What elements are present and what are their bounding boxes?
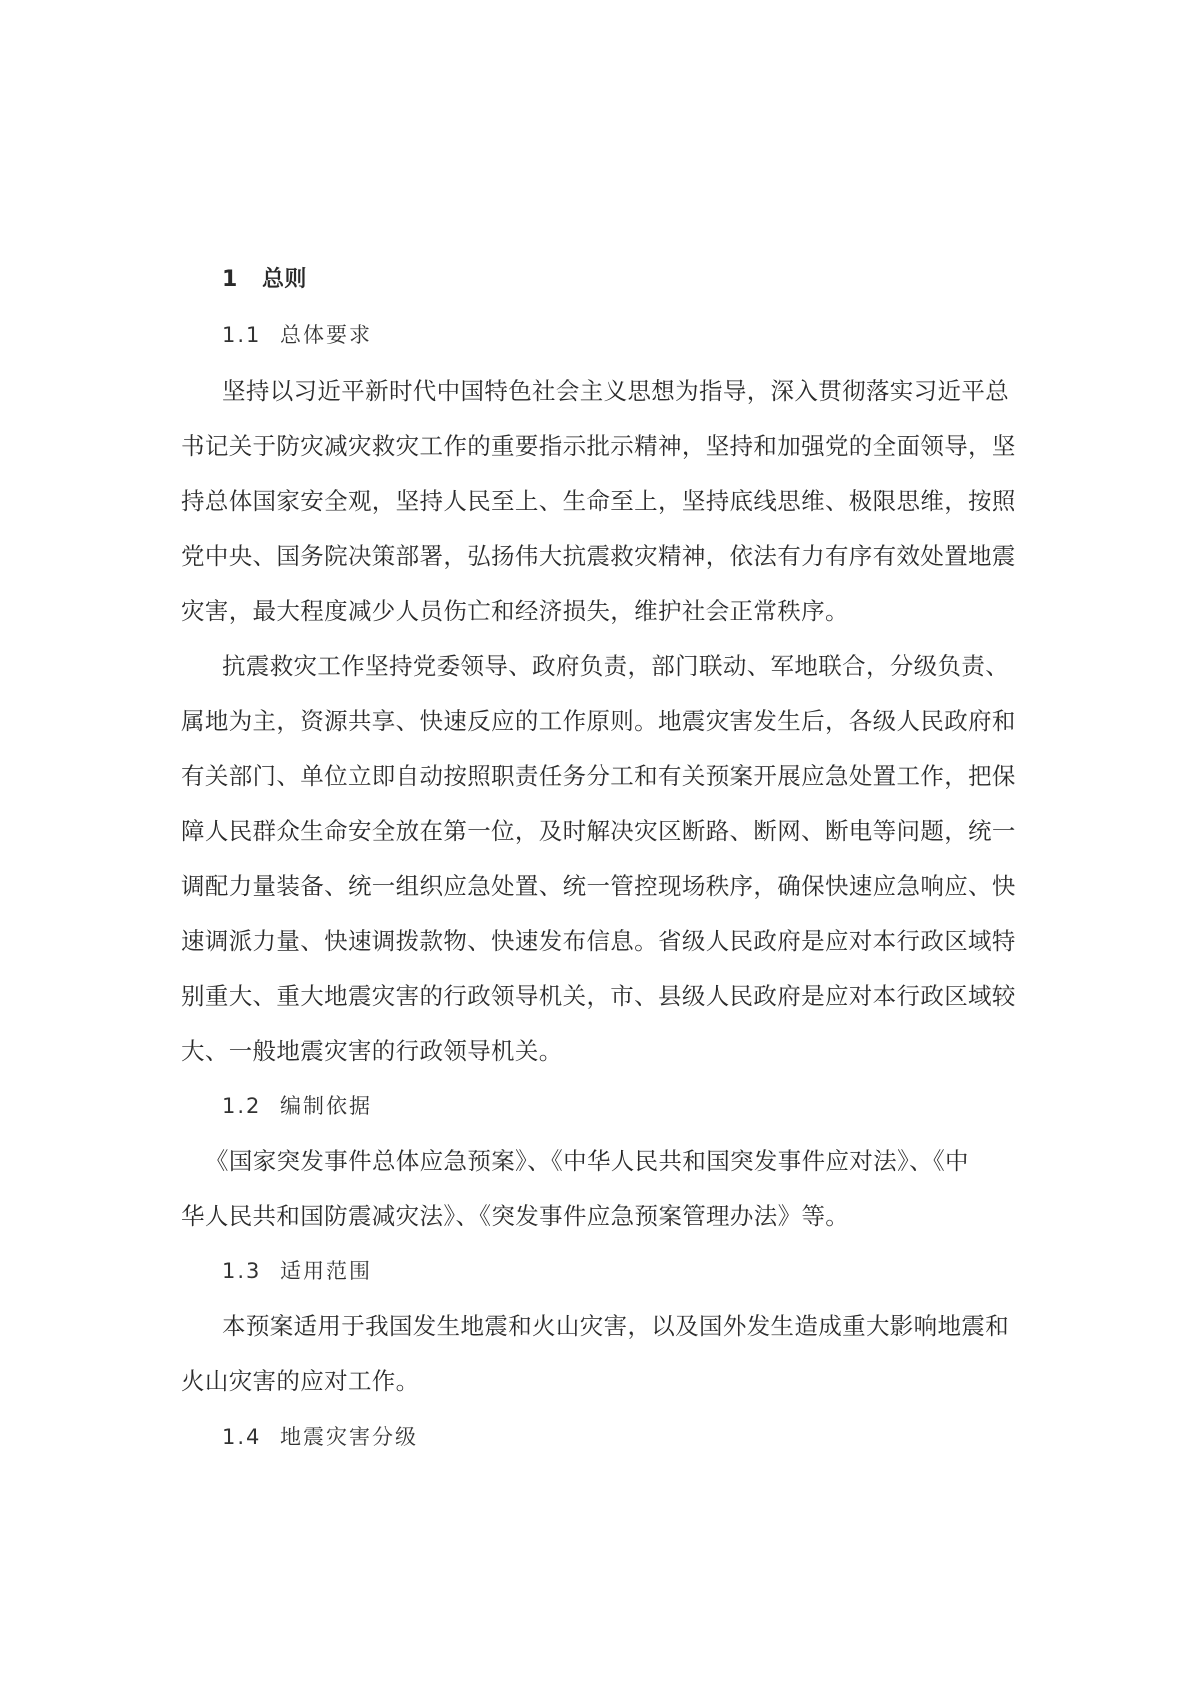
paragraph-line: 《国家突发事件总体应急预案》、《中华人民共和国突发事件应对法》、《中 <box>205 1146 969 1176</box>
heading-number: 1.4 <box>222 1422 280 1452</box>
heading-title: 适用范围 <box>280 1259 372 1283</box>
paragraph-line: 大、一般地震灾害的行政领导机关。 <box>181 1036 563 1066</box>
paragraph-line: 属地为主，资源共享、快速反应的工作原则。地震灾害发生后，各级人民政府和 <box>181 706 1016 736</box>
heading-1-4: 1.4地震灾害分级 <box>222 1422 418 1452</box>
paragraph-line: 别重大、重大地震灾害的行政领导机关，市、县级人民政府是应对本行政区域较 <box>181 981 1016 1011</box>
paragraph-line: 火山灾害的应对工作。 <box>181 1366 420 1396</box>
paragraph-line: 速调派力量、快速调拨款物、快速发布信息。省级人民政府是应对本行政区域特 <box>181 926 1016 956</box>
paragraph-line: 抗震救灾工作坚持党委领导、政府负责，部门联动、军地联合，分级负责、 <box>222 651 1009 681</box>
paragraph-line: 障人民群众生命安全放在第一位，及时解决灾区断路、断网、断电等问题，统一 <box>181 816 1016 846</box>
paragraph-line: 本预案适用于我国发生地震和火山灾害，以及国外发生造成重大影响地震和 <box>222 1311 1009 1341</box>
paragraph-line: 有关部门、单位立即自动按照职责任务分工和有关预案开展应急处置工作，把保 <box>181 761 1016 791</box>
paragraph-line: 持总体国家安全观，坚持人民至上、生命至上，坚持底线思维、极限思维，按照 <box>181 486 1016 516</box>
heading-1-3: 1.3适用范围 <box>222 1256 372 1286</box>
heading-1-2: 1.2编制依据 <box>222 1091 372 1121</box>
heading-1-1: 1.1总体要求 <box>222 320 372 350</box>
paragraph-line: 调配力量装备、统一组织应急处置、统一管控现场秩序，确保快速应急响应、快 <box>181 871 1016 901</box>
heading-number: 1.2 <box>222 1091 280 1121</box>
heading-title: 编制依据 <box>280 1094 372 1118</box>
paragraph-line: 书记关于防灾减灾救灾工作的重要指示批示精神，坚持和加强党的全面领导，坚 <box>181 431 1016 461</box>
heading-1: 1总则 <box>222 265 307 295</box>
paragraph-line: 党中央、国务院决策部署，弘扬伟大抗震救灾精神，依法有力有序有效处置地震 <box>181 541 1016 571</box>
heading-number: 1.1 <box>222 320 280 350</box>
heading-number: 1.3 <box>222 1256 280 1286</box>
heading-title: 地震灾害分级 <box>280 1425 418 1449</box>
paragraph-line: 坚持以习近平新时代中国特色社会主义思想为指导，深入贯彻落实习近平总 <box>222 376 1009 406</box>
paragraph-line: 华人民共和国防震减灾法》、《突发事件应急预案管理办法》等。 <box>181 1201 849 1231</box>
heading-number: 1 <box>222 265 262 295</box>
heading-title: 总体要求 <box>280 323 372 347</box>
paragraph-line: 灾害，最大程度减少人员伤亡和经济损失，维护社会正常秩序。 <box>181 596 849 626</box>
heading-title: 总则 <box>262 267 307 292</box>
